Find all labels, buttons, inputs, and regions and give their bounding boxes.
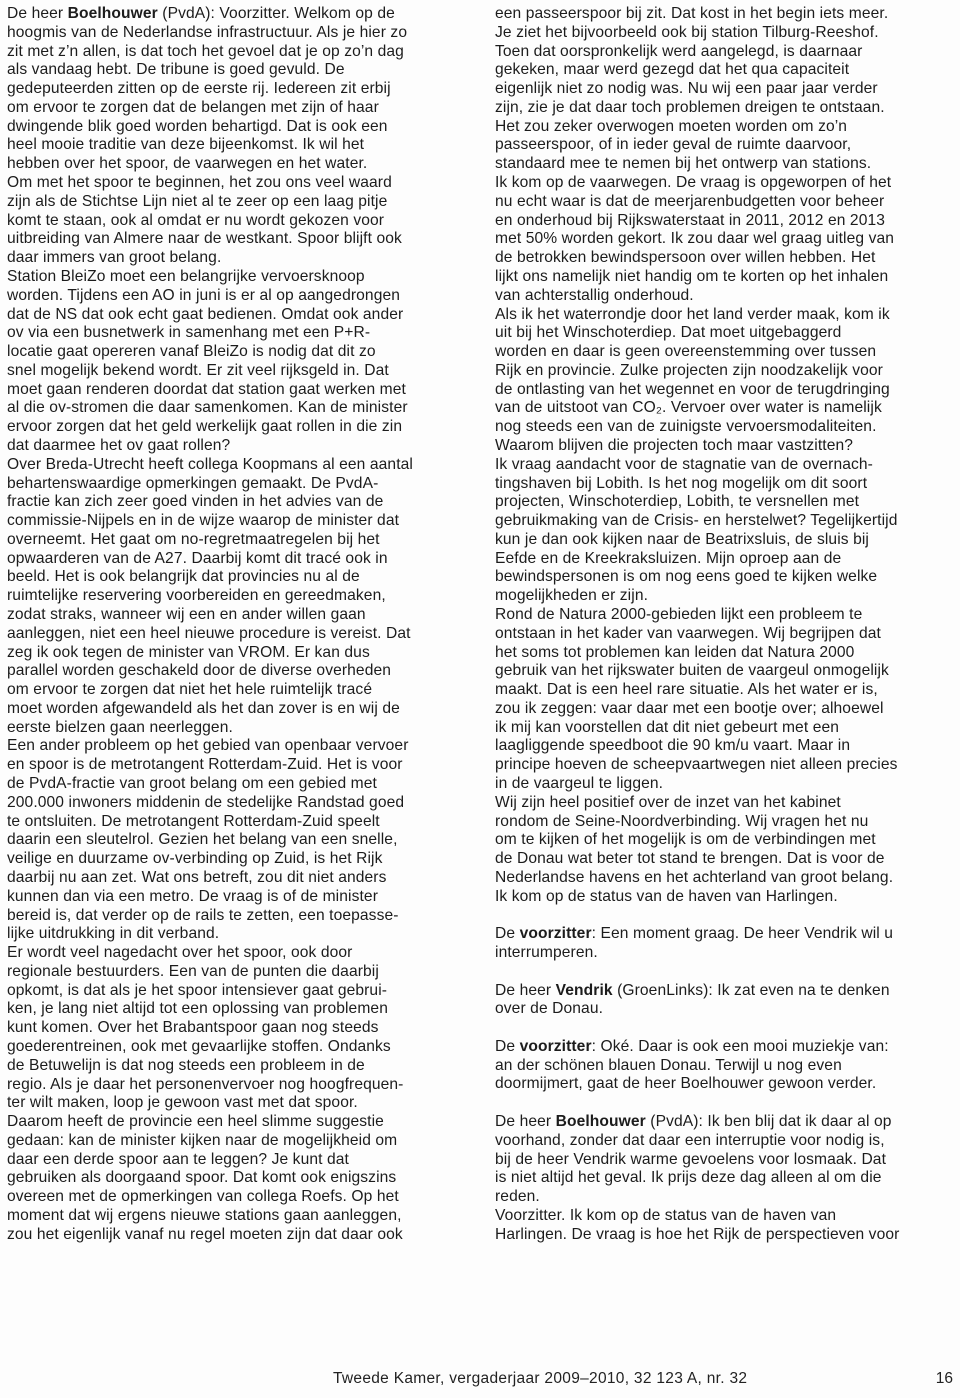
text-line: Rijk en provincie. Zulke projecten zijn … [495,362,959,381]
paragraph: Rond de Natura 2000-gebieden lijkt een p… [495,606,959,794]
text-line: te ontsluiten. De metrotangent Rotterdam… [7,813,471,832]
text-line: rondom de Seine-Noordverbinding. Wij vra… [495,813,959,832]
text-line: daarin een sleutelrol. Gezien het belang… [7,831,471,850]
text-line: daar een derde spoor aan te leggen? Je k… [7,1151,471,1170]
text-segment: (PvdA): Ik ben blij dat ik daar al op [646,1113,892,1130]
text-line: zijn als de Stichtse Lijn niet al te zee… [7,193,471,212]
text-line: gebruiken als doorgaand spoor. Dat komt … [7,1169,471,1188]
text-line: uitbreiding van Almere naar de westkant.… [7,230,471,249]
text-line: de Donau wat beter tot stand te brengen.… [495,850,959,869]
text-line: snel mogelijk bekend wordt. Er zit veel … [7,362,471,381]
text-line: uit bij het Winschoterdiep. Dat moet uit… [495,324,959,343]
text-line: Er wordt veel nagedacht over het spoor, … [7,944,471,963]
paragraph: De heer Vendrik (GroenLinks): Ik zat eve… [495,982,959,1020]
text-segment: De [495,1038,520,1055]
text-line: gedaan: kan de minister kijken naar de m… [7,1132,471,1151]
text-line: reden. [495,1188,959,1207]
text-line: laagliggende speedboot die 90 km/u vaart… [495,737,959,756]
text-line: Eefde en de Kreekraksluizen. Mijn oproep… [495,550,959,569]
text-line: bereid is, dat verder op de rails te zet… [7,907,471,926]
text-line: De voorzitter: Een moment graag. De heer… [495,925,959,944]
paragraph: Een ander probleem op het gebied van ope… [7,737,471,944]
text-line: komt te staan, ook al omdat er nu wordt … [7,212,471,231]
paragraph: Ik kom op de vaarwegen. De vraag is opge… [495,174,959,305]
text-line: ruimtelijke reservering voorbereiden en … [7,587,471,606]
text-line: commissie-Nijpels en in de wijze waarop … [7,512,471,531]
paragraph: Als ik het waterrondje door het land ver… [495,306,959,456]
text-line: heel mooie traditie van deze bijeenkomst… [7,136,471,155]
text-line: de Betuwelijn is dat nog steeds een prob… [7,1057,471,1076]
text-line: als vandaag hebt. De tribune is goed gev… [7,61,471,80]
text-line: tingshaven bij Lobith. Is het nog mogeli… [495,475,959,494]
text-line: zou het eigenlijk vanaf nu regel moeten … [7,1226,471,1245]
text-line: de betrokken bewindspersoon over willen … [495,249,959,268]
text-line: locatie gaat opereren vanaf BleiZo is no… [7,343,471,362]
text-line: De heer Boelhouwer (PvdA): Ik ben blij d… [495,1113,959,1132]
text-line: van achterstallig onderhoud. [495,287,959,306]
text-line: projecten, Winschoterdiep, Lobith, te ve… [495,493,959,512]
text-line: ov via een busnetwerk in samenhang met e… [7,324,471,343]
speaker-name: Vendrik [556,982,613,999]
text-line: lijkt ons namelijk niet handig om te kor… [495,268,959,287]
text-line: gekeken, maar werd gezegd dat het qua ca… [495,61,959,80]
text-line: worden. Tijdens een AO in juni is er al … [7,287,471,306]
text-line: zit met z’n allen, is dat toch het gevoe… [7,43,471,62]
text-segment: De [495,925,520,942]
text-line: De heer Vendrik (GroenLinks): Ik zat eve… [495,982,959,1001]
text-line: ter wilt maken, loop je gewoon vast met … [7,1094,471,1113]
paragraph: Over Breda-Utrecht heeft collega Koopman… [7,456,471,738]
text-line: worden en daar is geen overeenstemming o… [495,343,959,362]
text-line: principe hoeven de scheepvaartwegen niet… [495,756,959,775]
footer-reference: Tweede Kamer, vergaderjaar 2009–2010, 32… [333,1369,747,1388]
text-line: in de vaargeul te liggen. [495,775,959,794]
paragraph: De voorzitter: Een moment graag. De heer… [495,925,959,963]
text-line: mogelijkheden er zijn. [495,587,959,606]
text-line: kunt komen. Over het Brabantspoor gaan n… [7,1019,471,1038]
paragraph: Wij zijn heel positief over de inzet van… [495,794,959,907]
text-line: regionale bestuurders. Een van de punten… [7,963,471,982]
text-line: aanleggen, niet een heel nieuwe procedur… [7,625,471,644]
text-line: nu echt waar is dat de meerjarenbudgette… [495,193,959,212]
text-segment: De heer [495,1113,556,1130]
text-line: bewindspersonen is om nog eens goed te k… [495,568,959,587]
text-line: zou ik zeggen: vaar daar met een bootje … [495,700,959,719]
text-line: interrumperen. [495,944,959,963]
text-line: 200.000 inwoners middenin de stedelijke … [7,794,471,813]
text-line: Een ander probleem op het gebied van ope… [7,737,471,756]
text-line: over de Donau. [495,1000,959,1019]
text-line: Voorzitter. Ik kom op de status van de h… [495,1207,959,1226]
text-segment: (PvdA): Voorzitter. Welkom op de [158,5,395,22]
text-line: an der schönen blauen Donau. Terwijl u n… [495,1057,959,1076]
text-line: hebben over het spoor, de vaarwegen en h… [7,155,471,174]
text-line: overneemt. Het gaat om no-regretmaatrege… [7,531,471,550]
text-line: ik mij kan voorstellen dat dit niet gebe… [495,719,959,738]
text-line: daarbij nu aan zet. Wat ons betreft, zou… [7,869,471,888]
text-line: goederentreinen, ook met gevaarlijke sto… [7,1038,471,1057]
text-line: De voorzitter: Oké. Daar is ook een mooi… [495,1038,959,1057]
speaker-name: Boelhouwer [68,5,158,22]
text-line: opwaarderen van de A27. Daarbij komt dit… [7,550,471,569]
text-line: Het zou zeker overwogen moeten worden om… [495,118,959,137]
text-line: Wij zijn heel positief over de inzet van… [495,794,959,813]
text-line: is niet altijd het geval. Ik prijs deze … [495,1169,959,1188]
text-line: veilige en duurzame ov-verbinding op Zui… [7,850,471,869]
text-line: kun je dan ook kijken naar de Beatrixslu… [495,531,959,550]
text-line: gedeputeerden zitten op de eerste rij. I… [7,80,471,99]
speaker-name: Boelhouwer [556,1113,646,1130]
text-column-right: een passeerspoor bij zit. Dat kost in he… [495,5,959,1245]
paragraph: De voorzitter: Oké. Daar is ook een mooi… [495,1038,959,1094]
paragraph: Ik vraag aandacht voor de stagnatie van … [495,456,959,606]
text-line: daar immers van groot belang. [7,249,471,268]
text-line: Ik vraag aandacht voor de stagnatie van … [495,456,959,475]
text-line: dat de NS dat ook echt gaat bedienen. Om… [7,306,471,325]
text-line: opkomt, is dat als je het spoor intensie… [7,982,471,1001]
text-line: eerste bielzen gaan neerleggen. [7,719,471,738]
text-line: moment dat wij ergens nieuwe stations ga… [7,1207,471,1226]
text-line: zeg ik ook tegen de minister van VROM. E… [7,644,471,663]
text-line: Als ik het waterrondje door het land ver… [495,306,959,325]
text-line: moet gaan renderen doordat dat station g… [7,381,471,400]
text-line: voorhand, zonder dat daar een interrupti… [495,1132,959,1151]
text-line: de PvdA-fractie van groot belang om een … [7,775,471,794]
text-segment: (GroenLinks): Ik zat even na te denken [613,982,890,999]
text-segment: De heer [495,982,556,999]
text-line: om ervoor te zorgen dat de belangen met … [7,99,471,118]
text-line: beeld. Het is ook belangrijk dat provinc… [7,568,471,587]
text-line: de ontlasting van het wegennet en voor d… [495,381,959,400]
document-page: De heer Boelhouwer (PvdA): Voorzitter. W… [0,0,960,1398]
paragraph: De heer Boelhouwer (PvdA): Ik ben blij d… [495,1113,959,1244]
text-line: lijke uitdrukking in dit verband. [7,925,471,944]
text-segment: De heer [7,5,68,22]
text-line: gebruikmaking van de Crisis- en herstelw… [495,512,959,531]
text-line: gebruik van het rijkswater buiten de vaa… [495,662,959,681]
text-line: nog steeds een van de zuinigste vervoers… [495,418,959,437]
text-line: doormijmert, gaat de heer Boelhouwer gew… [495,1075,959,1094]
text-line: Over Breda-Utrecht heeft collega Koopman… [7,456,471,475]
text-line: al die ov-stromen die daar samenkomen. K… [7,399,471,418]
text-line: en onderhoud bij Rijkswaterstaat in 2011… [495,212,959,231]
text-line: eigenlijk niet zo nodig was. Nu wij een … [495,80,959,99]
text-line: fractie kan zich zeer goed vinden in het… [7,493,471,512]
page-number: 16 [936,1369,953,1388]
text-segment: : Een moment graag. De heer Vendrik wil … [592,925,893,942]
text-line: behartenswaardige opmerkingen gemaakt. D… [7,475,471,494]
text-line: zodat straks, wanneer wij een en ander w… [7,606,471,625]
paragraph: een passeerspoor bij zit. Dat kost in he… [495,5,959,174]
text-line: met 50% worden gekort. Ik zou daar wel g… [495,230,959,249]
text-line: bij de heer Vendrik warme gevoelens voor… [495,1151,959,1170]
text-line: hoogmis van de Nederlandse infrastructuu… [7,24,471,43]
text-line: Daarom heeft de provincie een heel slimm… [7,1113,471,1132]
text-line: Toen dat oorspronkelijk werd aangelegd, … [495,43,959,62]
paragraph: De heer Boelhouwer (PvdA): Voorzitter. W… [7,5,471,174]
speaker-name: voorzitter [520,925,592,942]
text-line: ken, je lang niet altijd tot een oplossi… [7,1000,471,1019]
text-line: Nederlandse havens en het achterland van… [495,869,959,888]
text-line: dat daarmee het ov gaat rollen? [7,437,471,456]
text-line: dwingende blik goed worden behartigd. Da… [7,118,471,137]
text-line: overeen met de opmerkingen van collega R… [7,1188,471,1207]
text-line: om te kijken of het mogelijk is om de ve… [495,831,959,850]
text-line: Ik kom op de vaarwegen. De vraag is opge… [495,174,959,193]
text-line: het soms tot problemen kan leiden dat Na… [495,644,959,663]
text-column-left: De heer Boelhouwer (PvdA): Voorzitter. W… [7,5,471,1245]
text-line: Om met het spoor te beginnen, het zou on… [7,174,471,193]
text-line: ervoor zorgen dat het geld werkelijk gaa… [7,418,471,437]
text-segment: : Oké. Daar is ook een mooi muziekje van… [592,1038,889,1055]
speaker-name: voorzitter [520,1038,592,1055]
text-line: om ervoor te zorgen dat niet het hele ru… [7,681,471,700]
text-line: van de uitstoot van CO₂. Vervoer over wa… [495,399,959,418]
text-line: parallel worden geschakeld door de diver… [7,662,471,681]
text-line: Waarom blijven die projecten toch maar v… [495,437,959,456]
text-line: en spoor is de metrotangent Rotterdam-Zu… [7,756,471,775]
text-line: Ik kom op de status van de haven van Har… [495,888,959,907]
text-line: een passeerspoor bij zit. Dat kost in he… [495,5,959,24]
text-line: Station BleiZo moet een belangrijke verv… [7,268,471,287]
text-line: maakt. Dat is een heel rare situatie. Al… [495,681,959,700]
text-line: ontstaan in het kader van vaarwegen. Wij… [495,625,959,644]
text-line: standaard mee te nemen bij het ontwerp v… [495,155,959,174]
text-line: Harlingen. De vraag is hoe het Rijk de p… [495,1226,959,1245]
paragraph: Om met het spoor te beginnen, het zou on… [7,174,471,268]
text-line: moet worden afgewandeld als het dan zove… [7,700,471,719]
text-line: zijn, zie je dat daar toch problemen dre… [495,99,959,118]
text-line: Je ziet het bijvoorbeeld ook bij station… [495,24,959,43]
paragraph: Station BleiZo moet een belangrijke verv… [7,268,471,456]
text-line: De heer Boelhouwer (PvdA): Voorzitter. W… [7,5,471,24]
text-line: Rond de Natura 2000-gebieden lijkt een p… [495,606,959,625]
text-line: kunnen dan via een metro. De vraag is of… [7,888,471,907]
paragraph: Er wordt veel nagedacht over het spoor, … [7,944,471,1245]
text-line: regio. Als je daar het personenvervoer n… [7,1076,471,1095]
text-line: passeerspoor, of in ieder geval de ruimt… [495,136,959,155]
